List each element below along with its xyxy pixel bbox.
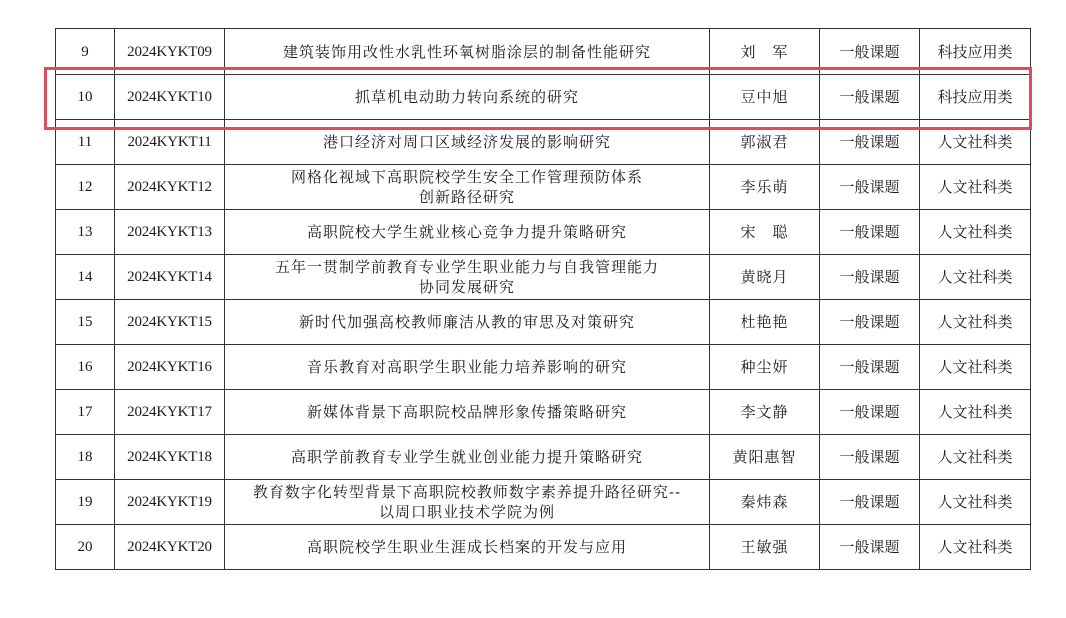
cell-project-title: 高职院校大学生就业核心竞争力提升策略研究	[225, 210, 710, 255]
cell-number: 12	[56, 165, 115, 210]
cell-number: 13	[56, 210, 115, 255]
cell-leader: 豆中旭	[710, 75, 820, 120]
project-title-line: 协同发展研究	[225, 277, 709, 297]
cell-project-code: 2024KYKT12	[115, 165, 225, 210]
cell-project-type: 一般课题	[820, 165, 920, 210]
table-row: 20 2024KYKT20 高职院校学生职业生涯成长档案的开发与应用 王敏强 一…	[56, 525, 1031, 570]
table-row: 15 2024KYKT15 新时代加强高校教师廉洁从教的审思及对策研究 杜艳艳 …	[56, 300, 1031, 345]
cell-leader: 李文静	[710, 390, 820, 435]
project-title-line: 高职院校大学生就业核心竞争力提升策略研究	[225, 222, 709, 242]
table-row: 18 2024KYKT18 高职学前教育专业学生就业创业能力提升策略研究 黄阳惠…	[56, 435, 1031, 480]
cell-project-code: 2024KYKT13	[115, 210, 225, 255]
table-row: 19 2024KYKT19 教育数字化转型背景下高职院校教师数字素养提升路径研究…	[56, 480, 1031, 525]
project-title-line: 网格化视域下高职院校学生安全工作管理预防体系	[225, 167, 709, 187]
project-title-line: 高职学前教育专业学生就业创业能力提升策略研究	[225, 447, 709, 467]
cell-leader: 杜艳艳	[710, 300, 820, 345]
cell-leader: 刘 军	[710, 29, 820, 75]
project-title-line: 建筑装饰用改性水乳性环氧树脂涂层的制备性能研究	[225, 42, 709, 62]
cell-project-title: 高职学前教育专业学生就业创业能力提升策略研究	[225, 435, 710, 480]
cell-project-type: 一般课题	[820, 75, 920, 120]
cell-project-code: 2024KYKT20	[115, 525, 225, 570]
cell-number: 17	[56, 390, 115, 435]
project-title-line: 港口经济对周口区域经济发展的影响研究	[225, 132, 709, 152]
cell-category: 人文社科类	[920, 210, 1031, 255]
table-row: 9 2024KYKT09 建筑装饰用改性水乳性环氧树脂涂层的制备性能研究 刘 军…	[56, 29, 1031, 75]
cell-leader: 郭淑君	[710, 120, 820, 165]
table-row: 13 2024KYKT13 高职院校大学生就业核心竞争力提升策略研究 宋 聪 一…	[56, 210, 1031, 255]
cell-project-type: 一般课题	[820, 255, 920, 300]
cell-project-code: 2024KYKT09	[115, 29, 225, 75]
cell-project-code: 2024KYKT17	[115, 390, 225, 435]
cell-number: 10	[56, 75, 115, 120]
cell-project-title: 港口经济对周口区域经济发展的影响研究	[225, 120, 710, 165]
project-title-line: 新媒体背景下高职院校品牌形象传播策略研究	[225, 402, 709, 422]
cell-project-title: 教育数字化转型背景下高职院校教师数字素养提升路径研究--以周口职业技术学院为例	[225, 480, 710, 525]
project-title-line: 音乐教育对高职学生职业能力培养影响的研究	[225, 357, 709, 377]
table-row: 11 2024KYKT11 港口经济对周口区域经济发展的影响研究 郭淑君 一般课…	[56, 120, 1031, 165]
cell-leader: 黄阳惠智	[710, 435, 820, 480]
cell-category: 人文社科类	[920, 255, 1031, 300]
project-table-body: 9 2024KYKT09 建筑装饰用改性水乳性环氧树脂涂层的制备性能研究 刘 军…	[56, 29, 1031, 570]
cell-project-type: 一般课题	[820, 300, 920, 345]
cell-project-title: 网格化视域下高职院校学生安全工作管理预防体系创新路径研究	[225, 165, 710, 210]
cell-number: 16	[56, 345, 115, 390]
cell-project-title: 抓草机电动助力转向系统的研究	[225, 75, 710, 120]
cell-number: 19	[56, 480, 115, 525]
cell-category: 科技应用类	[920, 29, 1031, 75]
cell-category: 人文社科类	[920, 480, 1031, 525]
cell-project-type: 一般课题	[820, 120, 920, 165]
cell-project-title: 高职院校学生职业生涯成长档案的开发与应用	[225, 525, 710, 570]
cell-project-title: 新媒体背景下高职院校品牌形象传播策略研究	[225, 390, 710, 435]
table-row: 12 2024KYKT12 网格化视域下高职院校学生安全工作管理预防体系创新路径…	[56, 165, 1031, 210]
cell-project-code: 2024KYKT14	[115, 255, 225, 300]
cell-leader: 黄晓月	[710, 255, 820, 300]
cell-project-code: 2024KYKT11	[115, 120, 225, 165]
cell-category: 人文社科类	[920, 390, 1031, 435]
project-title-line: 五年一贯制学前教育专业学生职业能力与自我管理能力	[225, 257, 709, 277]
cell-leader: 宋 聪	[710, 210, 820, 255]
cell-leader: 种尘妍	[710, 345, 820, 390]
cell-number: 15	[56, 300, 115, 345]
project-title-line: 新时代加强高校教师廉洁从教的审思及对策研究	[225, 312, 709, 332]
cell-project-type: 一般课题	[820, 29, 920, 75]
cell-leader: 秦炜森	[710, 480, 820, 525]
cell-project-type: 一般课题	[820, 345, 920, 390]
cell-number: 11	[56, 120, 115, 165]
cell-project-type: 一般课题	[820, 480, 920, 525]
cell-category: 人文社科类	[920, 435, 1031, 480]
cell-project-title: 建筑装饰用改性水乳性环氧树脂涂层的制备性能研究	[225, 29, 710, 75]
cell-category: 人文社科类	[920, 345, 1031, 390]
cell-project-code: 2024KYKT18	[115, 435, 225, 480]
cell-project-code: 2024KYKT15	[115, 300, 225, 345]
cell-project-type: 一般课题	[820, 210, 920, 255]
cell-project-code: 2024KYKT10	[115, 75, 225, 120]
cell-project-type: 一般课题	[820, 390, 920, 435]
cell-number: 20	[56, 525, 115, 570]
cell-leader: 王敏强	[710, 525, 820, 570]
project-title-line: 创新路径研究	[225, 187, 709, 207]
cell-project-type: 一般课题	[820, 435, 920, 480]
cell-category: 人文社科类	[920, 120, 1031, 165]
cell-category: 人文社科类	[920, 165, 1031, 210]
cell-project-type: 一般课题	[820, 525, 920, 570]
cell-number: 14	[56, 255, 115, 300]
table-row: 16 2024KYKT16 音乐教育对高职学生职业能力培养影响的研究 种尘妍 一…	[56, 345, 1031, 390]
cell-category: 人文社科类	[920, 300, 1031, 345]
cell-category: 人文社科类	[920, 525, 1031, 570]
cell-leader: 李乐萌	[710, 165, 820, 210]
cell-project-code: 2024KYKT19	[115, 480, 225, 525]
project-title-line: 以周口职业技术学院为例	[225, 502, 709, 522]
project-title-line: 抓草机电动助力转向系统的研究	[225, 87, 709, 107]
cell-project-title: 新时代加强高校教师廉洁从教的审思及对策研究	[225, 300, 710, 345]
cell-number: 9	[56, 29, 115, 75]
table-row: 17 2024KYKT17 新媒体背景下高职院校品牌形象传播策略研究 李文静 一…	[56, 390, 1031, 435]
cell-project-title: 五年一贯制学前教育专业学生职业能力与自我管理能力协同发展研究	[225, 255, 710, 300]
cell-project-title: 音乐教育对高职学生职业能力培养影响的研究	[225, 345, 710, 390]
project-title-line: 教育数字化转型背景下高职院校教师数字素养提升路径研究--	[225, 482, 709, 502]
project-table: 9 2024KYKT09 建筑装饰用改性水乳性环氧树脂涂层的制备性能研究 刘 军…	[55, 28, 1031, 570]
cell-project-code: 2024KYKT16	[115, 345, 225, 390]
project-title-line: 高职院校学生职业生涯成长档案的开发与应用	[225, 537, 709, 557]
table-row: 10 2024KYKT10 抓草机电动助力转向系统的研究 豆中旭 一般课题 科技…	[56, 75, 1031, 120]
table-row: 14 2024KYKT14 五年一贯制学前教育专业学生职业能力与自我管理能力协同…	[56, 255, 1031, 300]
cell-category: 科技应用类	[920, 75, 1031, 120]
cell-number: 18	[56, 435, 115, 480]
